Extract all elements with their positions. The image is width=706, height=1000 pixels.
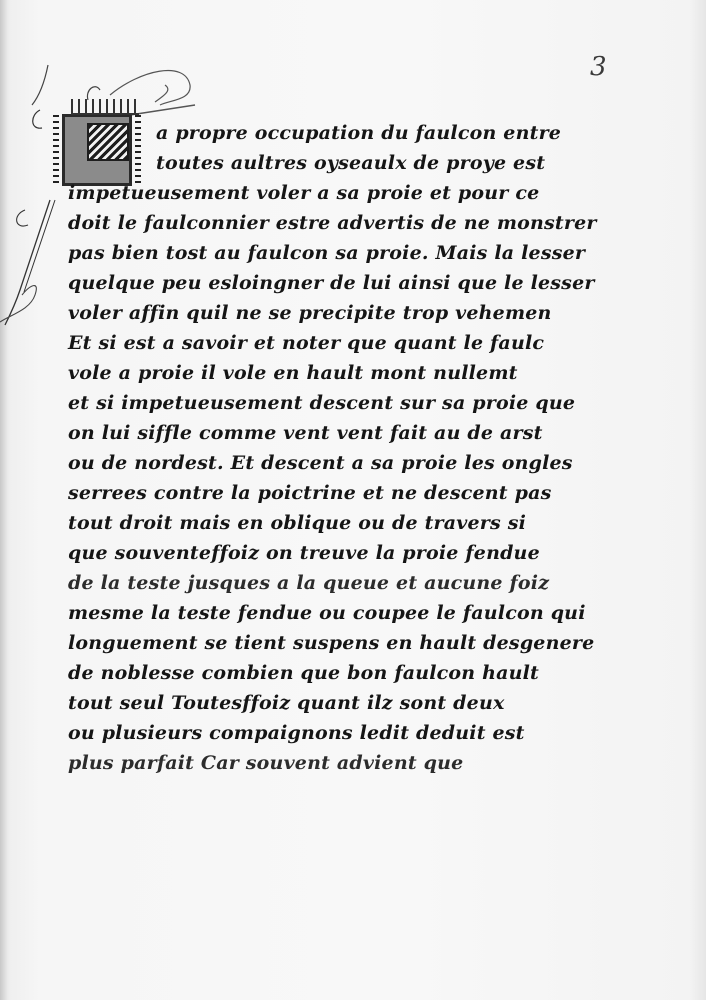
manuscript-page: 3 a propre occupation du faulcon entre t… (0, 0, 706, 1000)
text-line-17: mesme la teste fendue ou coupee le faulc… (68, 598, 586, 628)
page-gutter-edge (0, 0, 8, 1000)
text-line-3: impetueusement voler a sa proie et pour … (68, 178, 539, 208)
initial-interior-pattern (87, 123, 129, 161)
text-line-11: on lui siffle comme vent vent fait au de… (68, 418, 543, 448)
initial-right-fringe (135, 115, 141, 185)
text-line-1: a propre occupation du faulcon entre (156, 118, 561, 148)
text-line-7: voler affin quil ne se precipite trop ve… (68, 298, 552, 328)
text-line-19: de noblesse combien que bon faulcon haul… (68, 658, 539, 688)
text-line-20: tout seul Toutesffoiz quant ilz sont deu… (68, 688, 504, 718)
text-line-13: serrees contre la poictrine et ne descen… (68, 478, 551, 508)
text-line-18: longuement se tient suspens en hault des… (68, 628, 594, 658)
folio-number: 3 (590, 52, 607, 82)
text-line-12: ou de nordest. Et descent a sa proie les… (68, 448, 573, 478)
text-line-16: de la teste jusques a la queue et aucune… (68, 568, 549, 598)
text-line-10: et si impetueusement descent sur sa proi… (68, 388, 575, 418)
text-line-2: toutes aultres oyseaulx de proye est (156, 148, 545, 178)
text-line-8: Et si est a savoir et noter que quant le… (68, 328, 544, 358)
text-line-9: vole a proie il vole en hault mont nulle… (68, 358, 518, 388)
initial-left-fringe (53, 115, 59, 185)
illuminated-initial (62, 114, 132, 186)
text-line-15: que souventeffoiz on treuve la proie fen… (68, 538, 540, 568)
text-line-22: plus parfait Car souvent advient que (68, 748, 463, 778)
initial-top-ornament (71, 99, 139, 115)
text-line-14: tout droit mais en oblique ou de travers… (68, 508, 526, 538)
text-line-21: ou plusieurs compaignons ledit deduit es… (68, 718, 525, 748)
text-line-5: pas bien tost au faulcon sa proie. Mais … (68, 238, 585, 268)
text-line-4: doit le faulconnier estre advertis de ne… (68, 208, 597, 238)
text-line-6: quelque peu esloingner de lui ainsi que … (68, 268, 595, 298)
